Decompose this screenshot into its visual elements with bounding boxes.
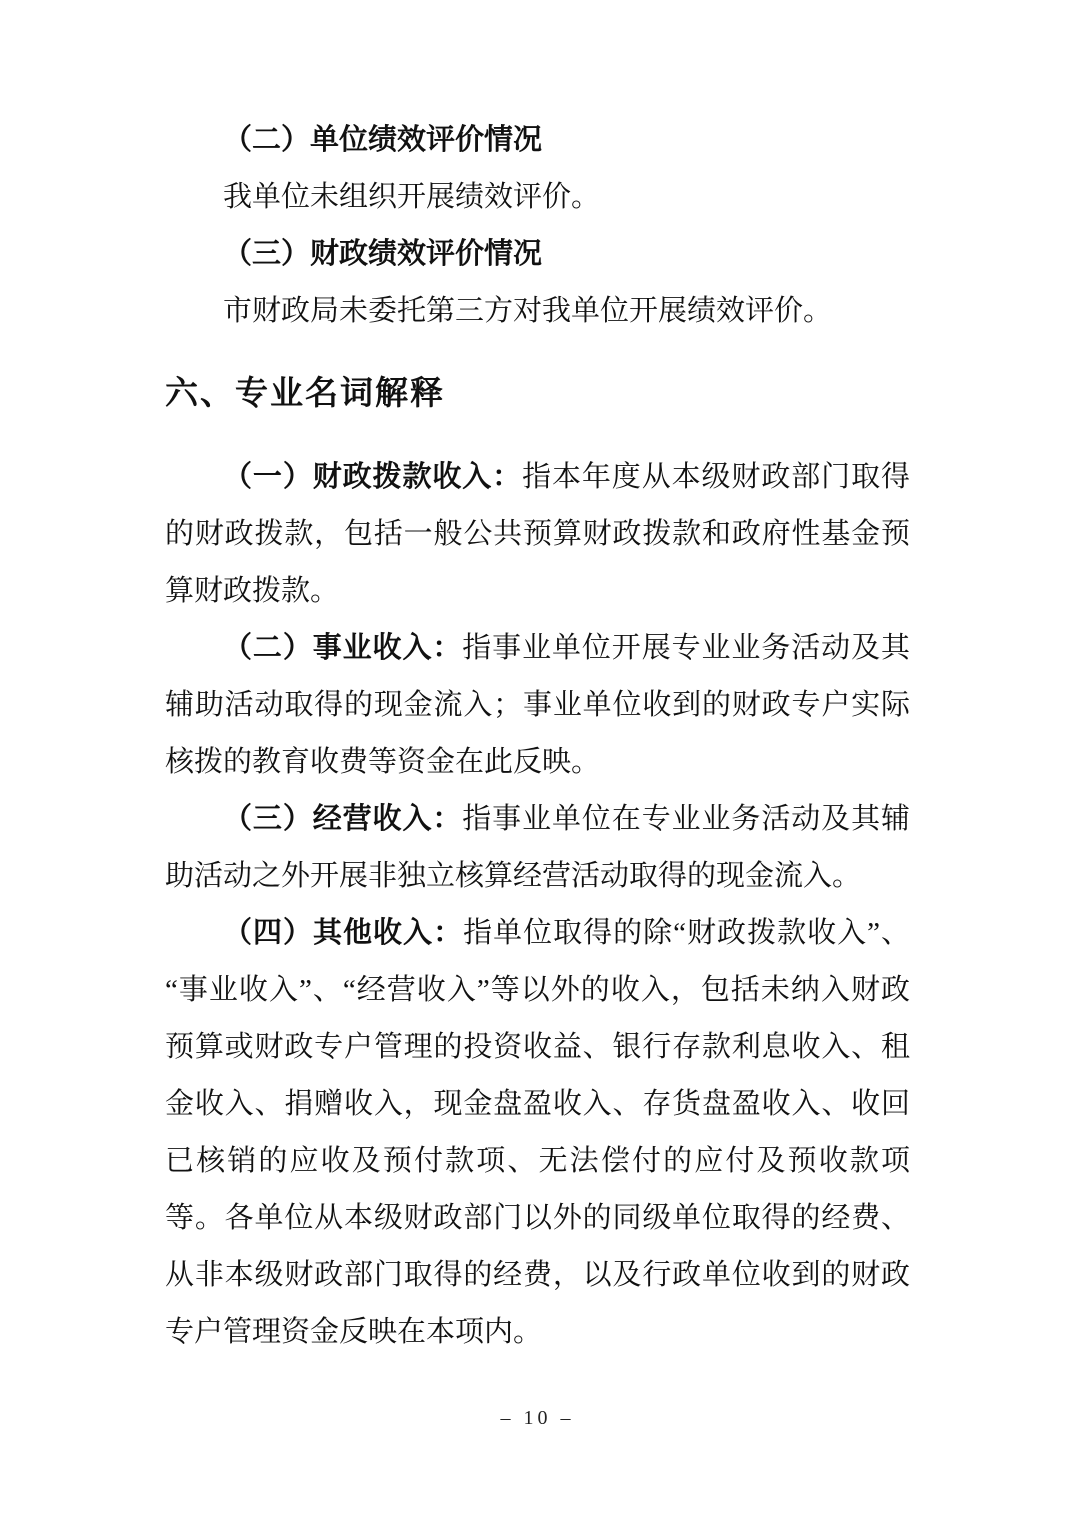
section-heading-terminology: 六、专业名词解释: [165, 364, 910, 421]
term-paragraph-other-income: （四）其他收入：指单位取得的除“财政拨款收入”、“事业收入”、“经营收入”等以外…: [165, 905, 910, 1361]
term-text-other-income: 指单位取得的除“财政拨款收入”、“事业收入”、“经营收入”等以外的收入，包括未纳…: [165, 917, 910, 1348]
term-label-fiscal-appropriation-income: （一）财政拨款收入：: [223, 461, 522, 493]
page-number: – 10 –: [0, 1407, 1075, 1430]
paragraph-finance-evaluation-status: 市财政局未委托第三方对我单位开展绩效评价。: [165, 283, 910, 340]
term-label-business-income: （三）经营收入：: [223, 803, 462, 835]
subheading-unit-performance-evaluation: （二）单位绩效评价情况: [165, 112, 910, 169]
term-label-other-income: （四）其他收入：: [223, 917, 463, 949]
document-page: （二）单位绩效评价情况 我单位未组织开展绩效评价。 （三）财政绩效评价情况 市财…: [0, 0, 1075, 1520]
term-paragraph-business-income: （三）经营收入：指事业单位在专业业务活动及其辅助活动之外开展非独立核算经营活动取…: [165, 791, 910, 905]
paragraph-unit-evaluation-status: 我单位未组织开展绩效评价。: [165, 169, 910, 226]
subheading-finance-performance-evaluation: （三）财政绩效评价情况: [165, 226, 910, 283]
term-label-operational-income: （二）事业收入：: [223, 632, 462, 664]
term-paragraph-operational-income: （二）事业收入：指事业单位开展专业业务活动及其辅助活动取得的现金流入；事业单位收…: [165, 620, 910, 791]
document-body: （二）单位绩效评价情况 我单位未组织开展绩效评价。 （三）财政绩效评价情况 市财…: [165, 112, 910, 1361]
term-paragraph-fiscal-appropriation-income: （一）财政拨款收入：指本年度从本级财政部门取得的财政拨款，包括一般公共预算财政拨…: [165, 449, 910, 620]
